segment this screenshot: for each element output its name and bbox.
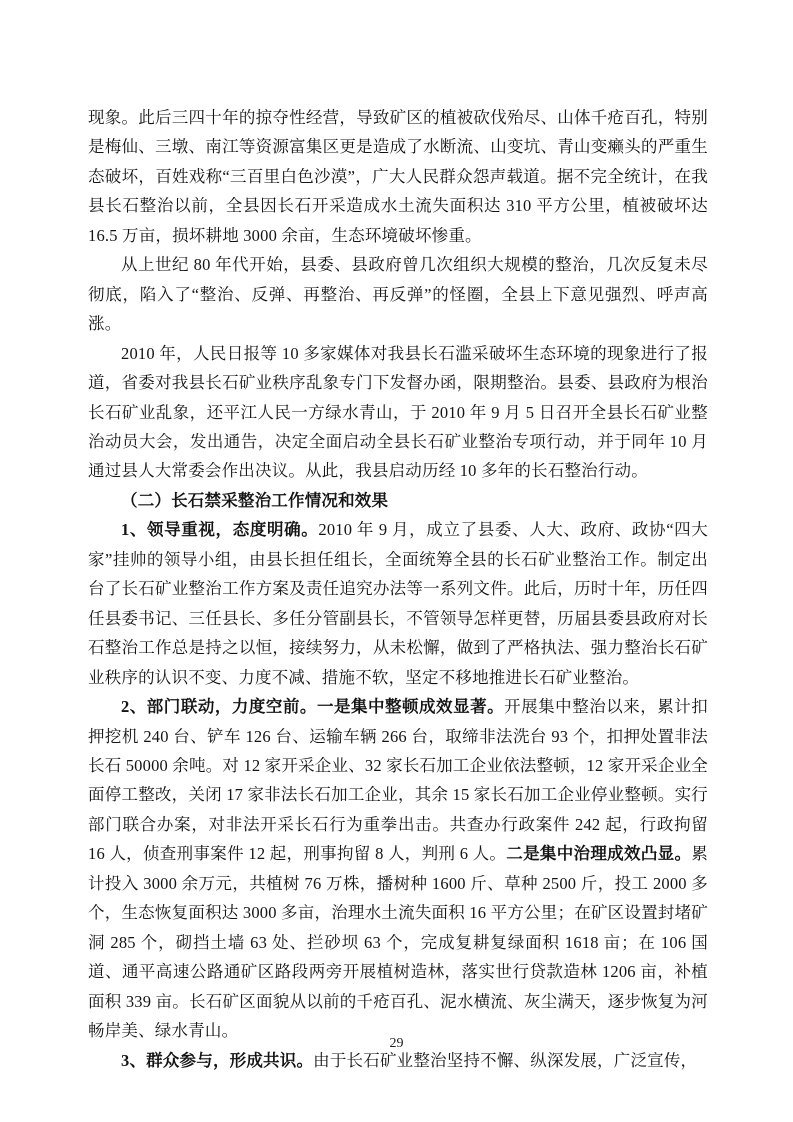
paragraph-continuation: 现象。此后三四十年的掠夺性经营，导致矿区的植被砍伐殆尽、山体千疮百孔，特别是梅仙… <box>88 103 708 250</box>
document-page: 现象。此后三四十年的掠夺性经营，导致矿区的植被砍伐殆尽、山体千疮百孔，特别是梅仙… <box>0 0 793 1122</box>
inline-emphasis-text: 二是集中治理成效凸显。 <box>506 844 691 863</box>
document-body: 现象。此后三四十年的掠夺性经营，导致矿区的植被砍伐殆尽、山体千疮百孔，特别是梅仙… <box>88 103 708 1075</box>
paragraph-text: 2010 年 9 月，成立了县委、人大、政府、政协“四大家”挂帅的领导小组，由县… <box>88 520 708 686</box>
paragraph-text: 现象。此后三四十年的掠夺性经营，导致矿区的植被砍伐殆尽、山体千疮百孔，特别是梅仙… <box>88 108 708 245</box>
paragraph-point-1: 1、领导重视，态度明确。2010 年 9 月，成立了县委、人大、政府、政协“四大… <box>88 515 708 692</box>
point-lead-text: 2、部门联动，力度空前。一是集中整顿成效显著。 <box>121 697 504 716</box>
section-heading: （二）长石禁采整治工作情况和效果 <box>88 486 708 515</box>
paragraph-text: 从上世纪 80 年代开始，县委、县政府曾几次组织大规模的整治，几次反复未尽彻底，… <box>88 255 708 333</box>
paragraph-text: 2010 年，人民日报等 10 多家媒体对我县长石滥采破坏生态环境的现象进行了报… <box>88 344 708 481</box>
paragraph-text: 由于长石矿业整治坚持不懈、纵深发展，广泛宣传， <box>313 1051 697 1070</box>
point-lead-text: 1、领导重视，态度明确。 <box>121 520 318 539</box>
paragraph-text: 开展集中整治以来，累计扣押挖机 240 台、铲车 126 台、运输车辆 266 … <box>88 697 708 863</box>
point-lead-text: 3、群众参与，形成共识。 <box>121 1051 313 1070</box>
paragraph-text: 累计投入 3000 余万元，共植树 76 万株，播树种 1600 斤、草种 25… <box>88 844 708 1040</box>
paragraph: 从上世纪 80 年代开始，县委、县政府曾几次组织大规模的整治，几次反复未尽彻底，… <box>88 250 708 338</box>
paragraph: 2010 年，人民日报等 10 多家媒体对我县长石滥采破坏生态环境的现象进行了报… <box>88 339 708 486</box>
section-heading-text: （二）长石禁采整治工作情况和效果 <box>121 491 388 510</box>
page-number: 29 <box>0 1036 793 1052</box>
paragraph-point-2: 2、部门联动，力度空前。一是集中整顿成效显著。开展集中整治以来，累计扣押挖机 2… <box>88 692 708 1045</box>
